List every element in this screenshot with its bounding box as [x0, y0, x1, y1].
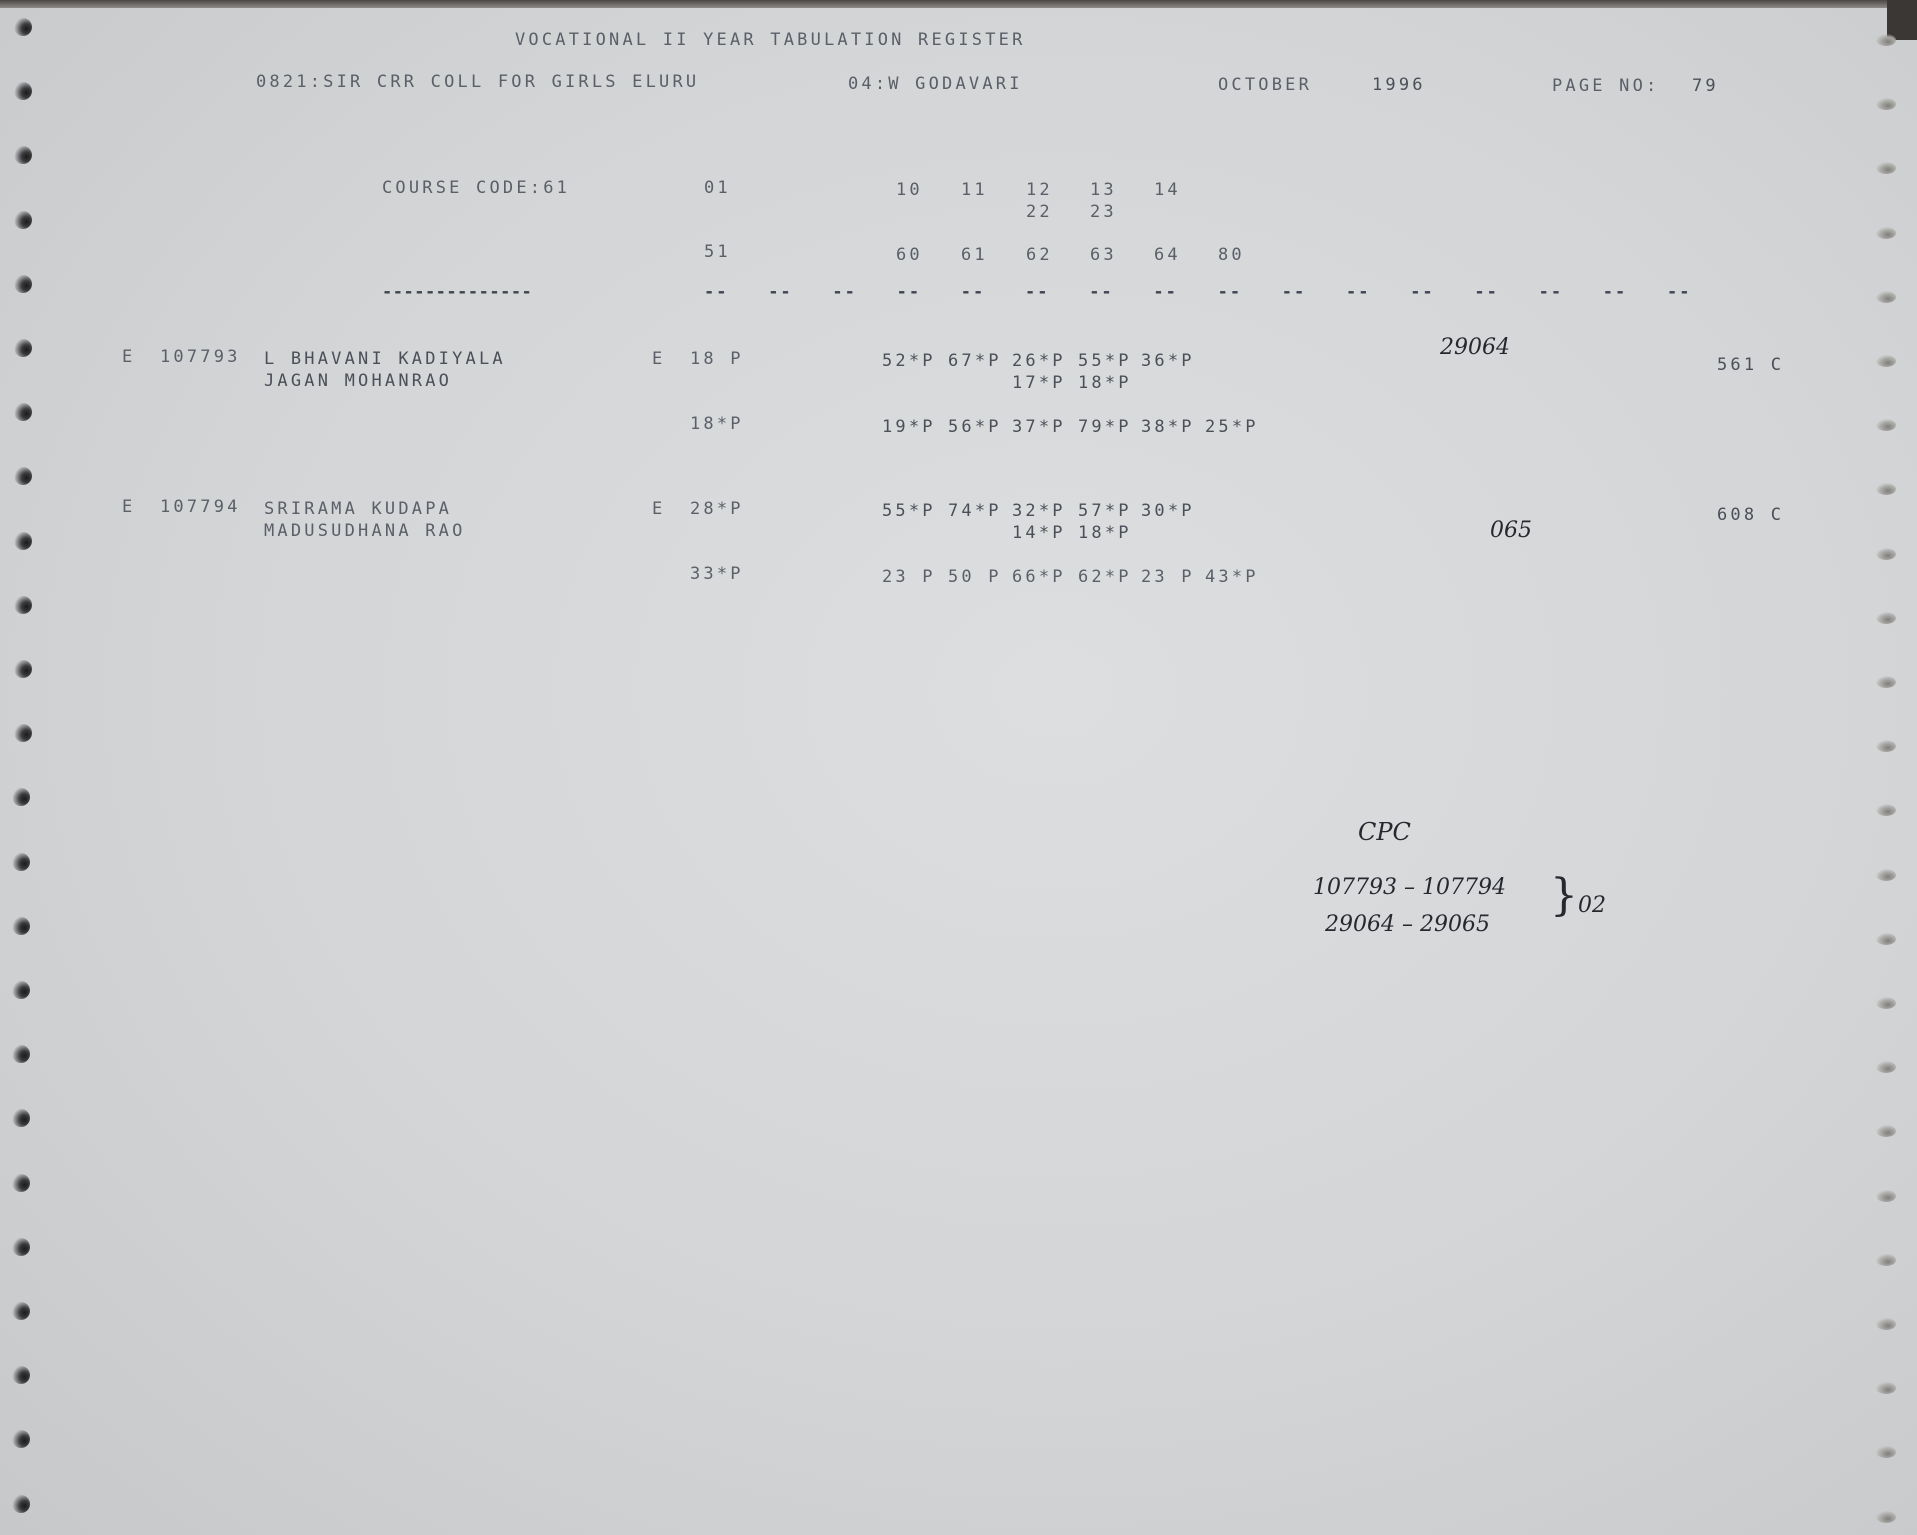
- feed-hole-icon: [12, 1302, 30, 1320]
- record-2-sub1: 14*P: [1012, 523, 1066, 543]
- feed-hole-icon: [12, 1495, 30, 1513]
- record-2-total: 608 C: [1717, 505, 1784, 525]
- record-1-flag: E: [122, 347, 135, 367]
- record-1-p2-m1: 19*P: [882, 417, 936, 437]
- record-2-p2-m1: 23 P: [882, 567, 936, 587]
- column-dash: --: [704, 282, 728, 302]
- feed-hole-icon: [12, 917, 30, 935]
- column-dash: --: [1667, 282, 1691, 302]
- exam-month: OCTOBER: [1218, 75, 1312, 95]
- feed-hole-icon: [1876, 997, 1896, 1009]
- feed-hole-icon: [1876, 291, 1896, 303]
- record-1-father-name: JAGAN MOHANRAO: [264, 371, 452, 391]
- record-2-father-name: MADUSUDHANA RAO: [264, 521, 466, 541]
- feed-hole-icon: [1876, 162, 1896, 174]
- column-dash: --: [1025, 282, 1049, 302]
- subject-code-64: 64: [1154, 245, 1181, 265]
- record-1-medium: E: [652, 349, 665, 369]
- feed-hole-icon: [1876, 869, 1896, 881]
- feed-hole-icon: [14, 660, 32, 678]
- record-2-m5: 30*P: [1141, 501, 1195, 521]
- record-1-part2-first: 18*P: [690, 414, 744, 434]
- page-label: PAGE NO:: [1552, 76, 1659, 96]
- feed-hole-icon: [14, 339, 32, 357]
- record-2-hall-ticket: 107794: [160, 497, 241, 517]
- column-dash: --: [1410, 282, 1434, 302]
- register-title: VOCATIONAL II YEAR TABULATION REGISTER: [515, 30, 1026, 50]
- record-1-name: L BHAVANI KADIYALA: [264, 349, 506, 369]
- subject-code-63: 63: [1090, 245, 1117, 265]
- cpc-count: 02: [1578, 893, 1606, 918]
- feed-hole-icon: [1876, 355, 1896, 367]
- course-code: COURSE CODE:61: [382, 178, 570, 198]
- feed-hole-icon: [1876, 34, 1896, 46]
- subject-code-22: 22: [1026, 202, 1053, 222]
- record-1-m4: 55*P: [1078, 351, 1132, 371]
- feed-hole-icon: [12, 1174, 30, 1192]
- record-1-m2: 67*P: [948, 351, 1002, 371]
- district-name: 04:W GODAVARI: [848, 74, 1023, 94]
- column-dash: --: [1282, 282, 1306, 302]
- feed-hole-icon: [14, 467, 32, 485]
- feed-hole-icon: [1876, 933, 1896, 945]
- feed-hole-icon: [14, 724, 32, 742]
- feed-hole-icon: [12, 1430, 30, 1448]
- subject-code-11: 11: [961, 180, 988, 200]
- record-2-sub2: 18*P: [1078, 523, 1132, 543]
- feed-hole-icon: [12, 1238, 30, 1256]
- record-2-handwritten-number: 065: [1490, 518, 1532, 543]
- column-dash: --: [768, 282, 792, 302]
- feed-hole-icon: [14, 18, 32, 36]
- record-2-m3: 32*P: [1012, 501, 1066, 521]
- subject-code-61: 61: [961, 245, 988, 265]
- feed-hole-icon: [1876, 1511, 1896, 1523]
- feed-hole-icon: [1876, 1254, 1896, 1266]
- subject-code-60: 60: [896, 245, 923, 265]
- subject-code-51: 51: [704, 242, 731, 262]
- feed-hole-icon: [1876, 1382, 1896, 1394]
- record-1-part1-first: 18 P: [690, 349, 744, 369]
- feed-hole-icon: [1876, 548, 1896, 560]
- record-2-p2-m4: 62*P: [1078, 567, 1132, 587]
- exam-year: 1996: [1372, 75, 1426, 95]
- record-2-medium: E: [652, 499, 665, 519]
- feed-hole-icon: [14, 146, 32, 164]
- record-1-p2-m6: 25*P: [1205, 417, 1259, 437]
- record-1-m3: 26*P: [1012, 351, 1066, 371]
- record-2-part1-first: 28*P: [690, 499, 744, 519]
- feed-hole-icon: [14, 532, 32, 550]
- page-number: 79: [1692, 76, 1719, 96]
- feed-hole-icon: [14, 82, 32, 100]
- record-1-hall-ticket: 107793: [160, 347, 241, 367]
- record-1-p2-m5: 38*P: [1141, 417, 1195, 437]
- column-dash: --: [1603, 282, 1627, 302]
- record-2-p2-m6: 43*P: [1205, 567, 1259, 587]
- subject-code-01: 01: [704, 178, 731, 198]
- feed-hole-icon: [12, 981, 30, 999]
- feed-hole-icon: [1876, 804, 1896, 816]
- subject-code-62: 62: [1026, 245, 1053, 265]
- record-1-p2-m2: 56*P: [948, 417, 1002, 437]
- record-2-p2-m3: 66*P: [1012, 567, 1066, 587]
- feed-hole-icon: [1876, 227, 1896, 239]
- paper-top-edge: [0, 0, 1917, 8]
- record-2-flag: E: [122, 497, 135, 517]
- column-dash: --: [1539, 282, 1563, 302]
- feed-hole-icon: [12, 788, 30, 806]
- feed-hole-icon: [14, 403, 32, 421]
- feed-hole-icon: [1876, 1446, 1896, 1458]
- record-1-sub1: 17*P: [1012, 373, 1066, 393]
- record-1-m5: 36*P: [1141, 351, 1195, 371]
- record-1-handwritten-number: 29064: [1440, 335, 1510, 360]
- record-2-p2-m5: 23 P: [1141, 567, 1195, 587]
- feed-hole-icon: [14, 275, 32, 293]
- feed-hole-icon: [1876, 676, 1896, 688]
- subject-code-80: 80: [1218, 245, 1245, 265]
- subject-code-14: 14: [1154, 180, 1181, 200]
- feed-hole-icon: [1876, 483, 1896, 495]
- column-dash: --: [1089, 282, 1113, 302]
- subject-code-10: 10: [896, 180, 923, 200]
- feed-hole-icon: [1876, 612, 1896, 624]
- record-1-total: 561 C: [1717, 355, 1784, 375]
- feed-hole-icon: [12, 853, 30, 871]
- feed-hole-icon: [1876, 1190, 1896, 1202]
- cpc-brace: }: [1550, 870, 1578, 921]
- record-1-p2-m3: 37*P: [1012, 417, 1066, 437]
- subject-code-13: 13: [1090, 180, 1117, 200]
- record-2-m1: 55*P: [882, 501, 936, 521]
- feed-hole-icon: [1876, 1318, 1896, 1330]
- cpc-range-serials: 29064 – 29065: [1325, 912, 1490, 937]
- feed-hole-icon: [14, 596, 32, 614]
- column-dash: --: [1218, 282, 1242, 302]
- record-2-m4: 57*P: [1078, 501, 1132, 521]
- feed-hole-icon: [14, 211, 32, 229]
- subject-code-12: 12: [1026, 180, 1053, 200]
- feed-hole-icon: [1876, 1061, 1896, 1073]
- column-dash: --: [1346, 282, 1370, 302]
- subject-code-23: 23: [1090, 202, 1117, 222]
- feed-hole-icon: [12, 1366, 30, 1384]
- record-1-sub2: 18*P: [1078, 373, 1132, 393]
- record-2-m2: 74*P: [948, 501, 1002, 521]
- record-1-m1: 52*P: [882, 351, 936, 371]
- record-1-p2-m4: 79*P: [1078, 417, 1132, 437]
- feed-hole-icon: [1876, 98, 1896, 110]
- record-2-name: SRIRAMA KUDAPA: [264, 499, 452, 519]
- column-dash: --: [832, 282, 856, 302]
- feed-hole-icon: [1876, 419, 1896, 431]
- column-dash: --: [897, 282, 921, 302]
- header-underline: --------------: [382, 282, 532, 302]
- column-dash: --: [961, 282, 985, 302]
- record-2-p2-m2: 50 P: [948, 567, 1002, 587]
- record-2-part2-first: 33*P: [690, 564, 744, 584]
- cpc-label: CPC: [1358, 818, 1411, 846]
- cpc-range-hall-tickets: 107793 – 107794: [1313, 875, 1506, 900]
- feed-hole-icon: [12, 1045, 30, 1063]
- college-name: 0821:SIR CRR COLL FOR GIRLS ELURU: [256, 72, 699, 92]
- feed-hole-icon: [1876, 1125, 1896, 1137]
- column-dash: --: [1474, 282, 1498, 302]
- column-dash: --: [1153, 282, 1177, 302]
- feed-hole-icon: [1876, 740, 1896, 752]
- feed-hole-icon: [12, 1109, 30, 1127]
